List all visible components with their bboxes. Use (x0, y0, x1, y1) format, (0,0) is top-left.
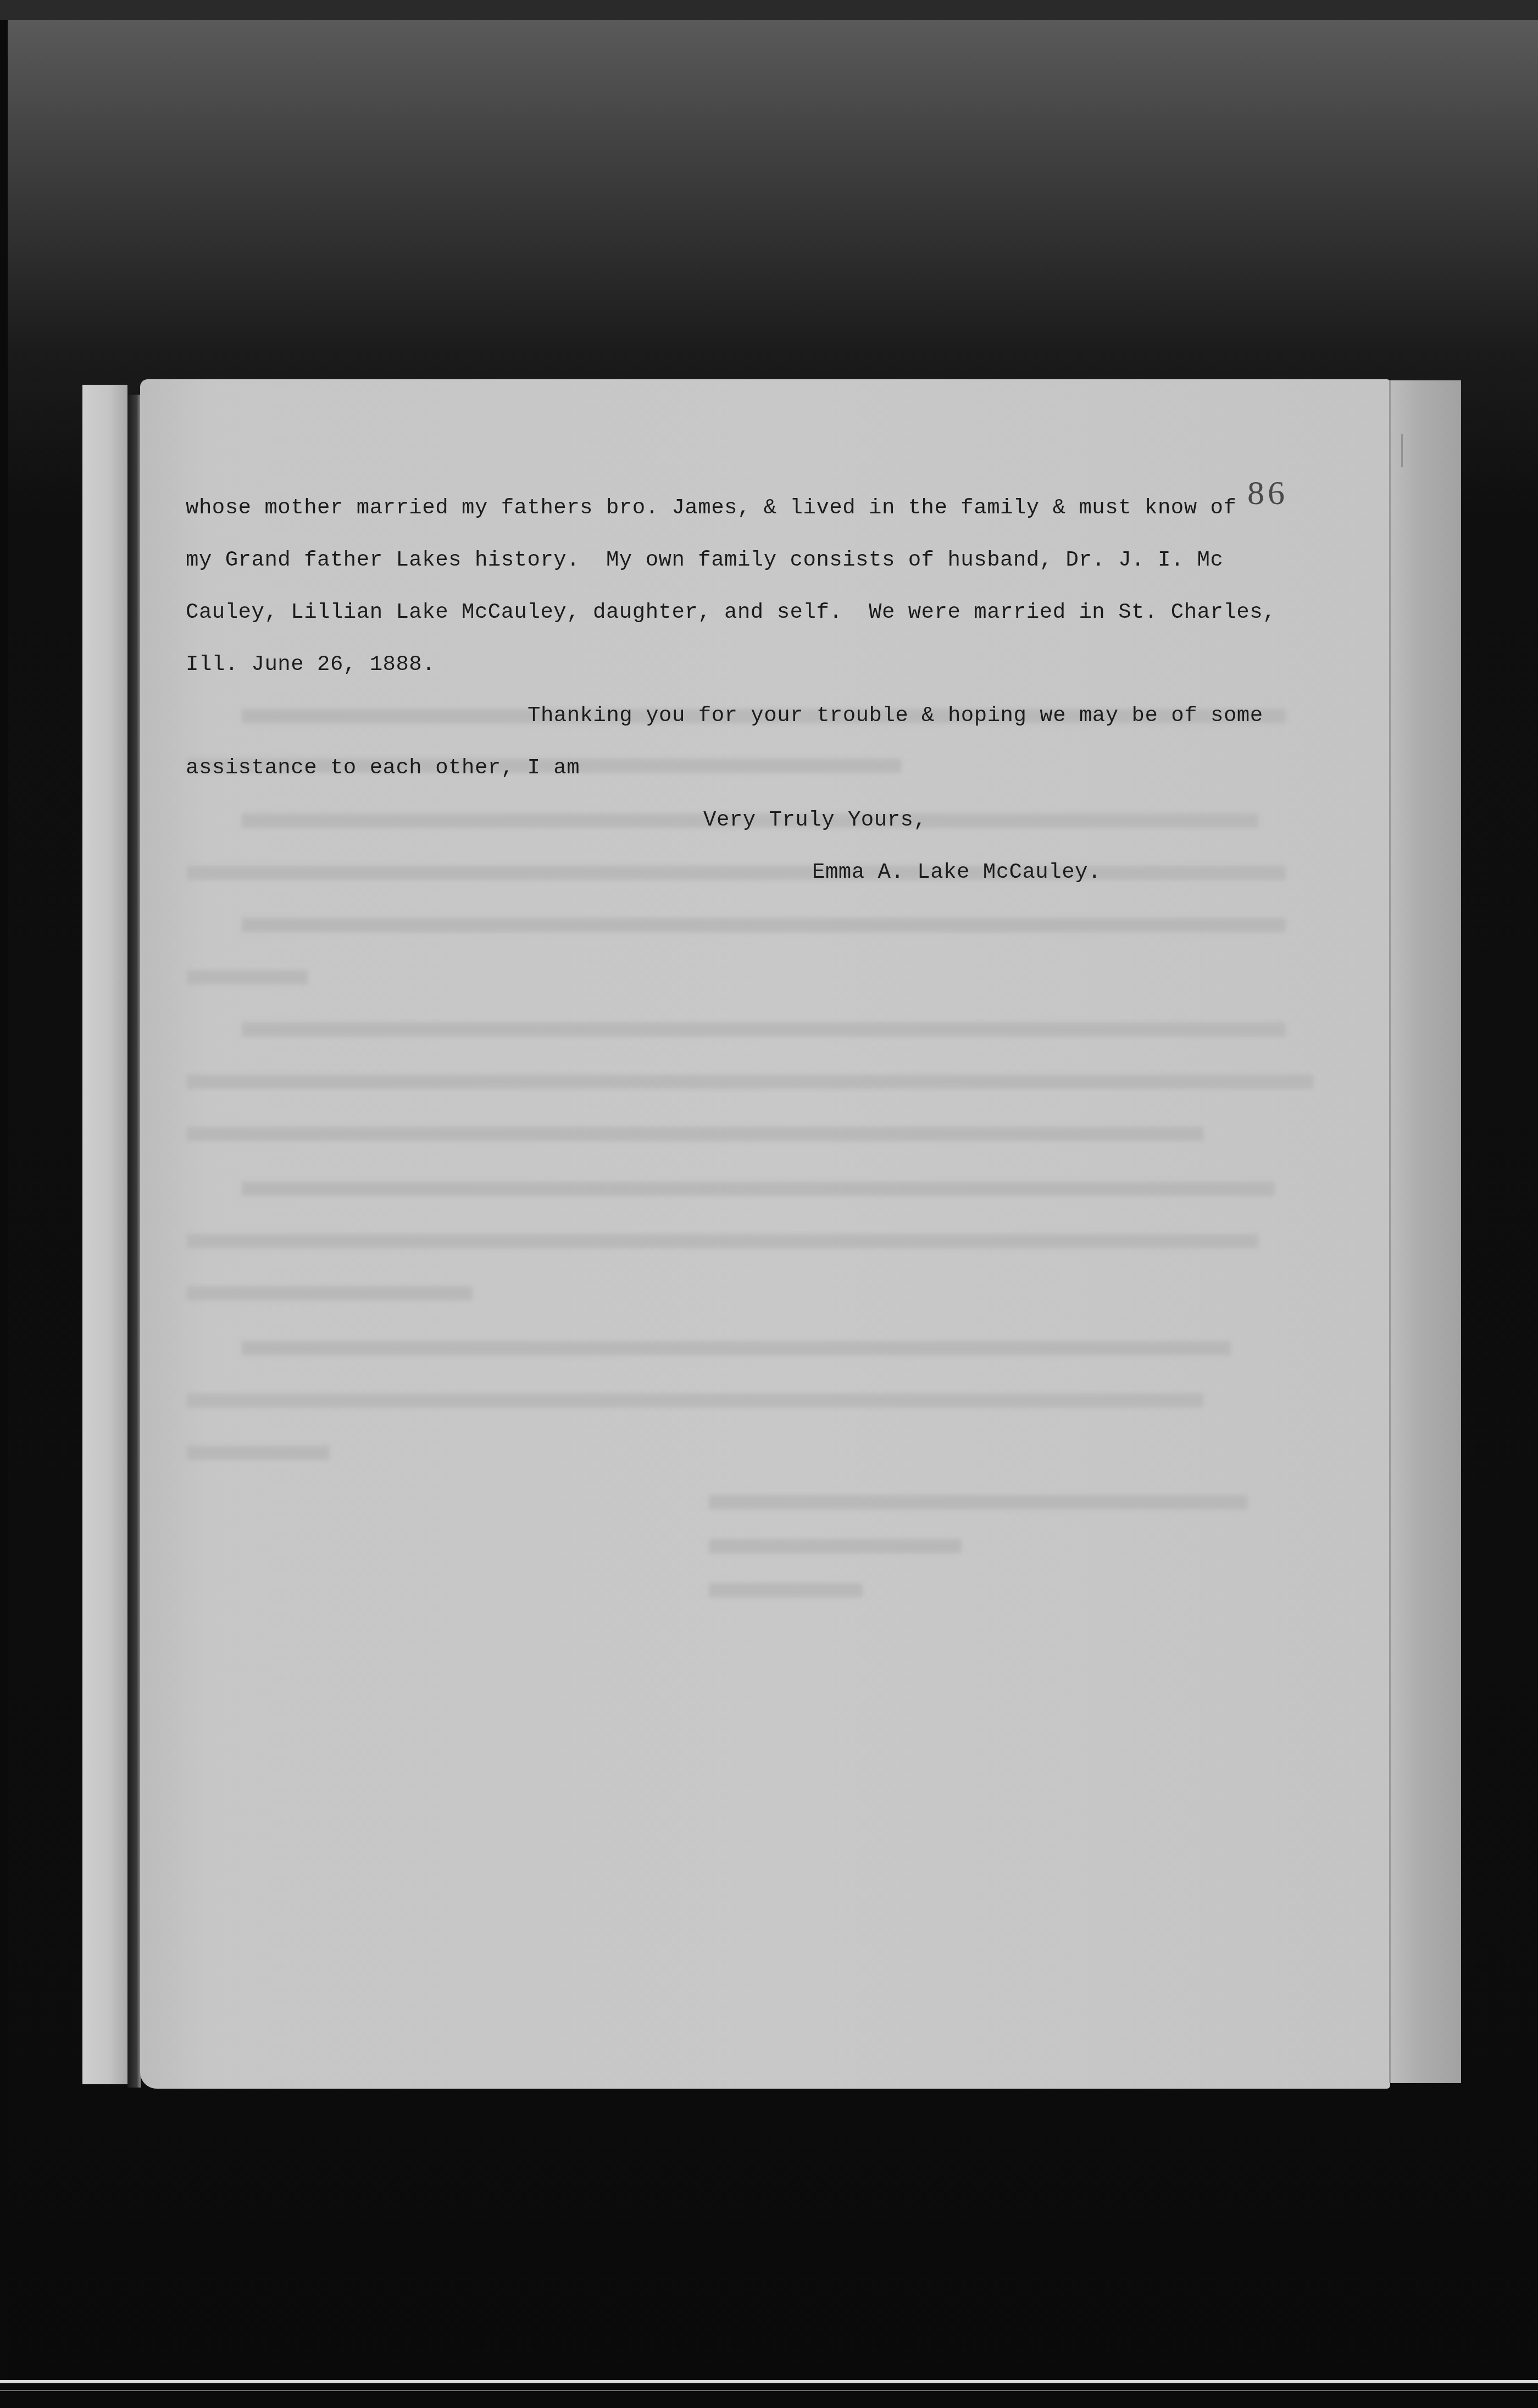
bleed-through-text (187, 1127, 1203, 1141)
bleed-through-text (187, 1075, 1313, 1089)
body-line: Ill. June 26, 1888. (186, 654, 435, 676)
bleed-through-text (709, 1539, 962, 1553)
closing-line: Thanking you for your trouble & hoping w… (528, 705, 1263, 727)
film-bottom-edge (0, 2380, 1538, 2383)
bleed-through-text (187, 970, 308, 984)
bleed-through-text (187, 1234, 1258, 1248)
left-page-edge (82, 385, 127, 2084)
book-gutter (127, 395, 141, 2088)
body-line: Cauley, Lillian Lake McCauley, daughter,… (186, 602, 1276, 623)
bleed-through-text (187, 866, 1286, 880)
bleed-through-text (187, 1446, 330, 1460)
film-top-band (0, 0, 1538, 20)
film-bottom-edge-secondary (0, 2390, 1538, 2391)
signature: Emma A. Lake McCauley. (812, 862, 1101, 883)
page-stack-mark (1401, 434, 1411, 467)
bleed-through-text (187, 1286, 473, 1300)
bleed-through-text (187, 1393, 1203, 1408)
bleed-through-text (709, 1495, 1247, 1509)
bleed-through-text (242, 1022, 1286, 1037)
bleed-through-text (242, 1182, 1275, 1196)
bleed-through-text (709, 1583, 863, 1597)
closing-line: assistance to each other, I am (186, 757, 580, 779)
page-number: 86 (1247, 474, 1288, 513)
bleed-through-text (242, 918, 1286, 932)
bleed-through-text (242, 1341, 1231, 1355)
body-line: my Grand father Lakes history. My own fa… (186, 550, 1223, 571)
body-line: whose mother married my fathers bro. Jam… (186, 497, 1236, 519)
valediction: Very Truly Yours, (703, 810, 926, 831)
right-page-stack (1389, 380, 1461, 2083)
